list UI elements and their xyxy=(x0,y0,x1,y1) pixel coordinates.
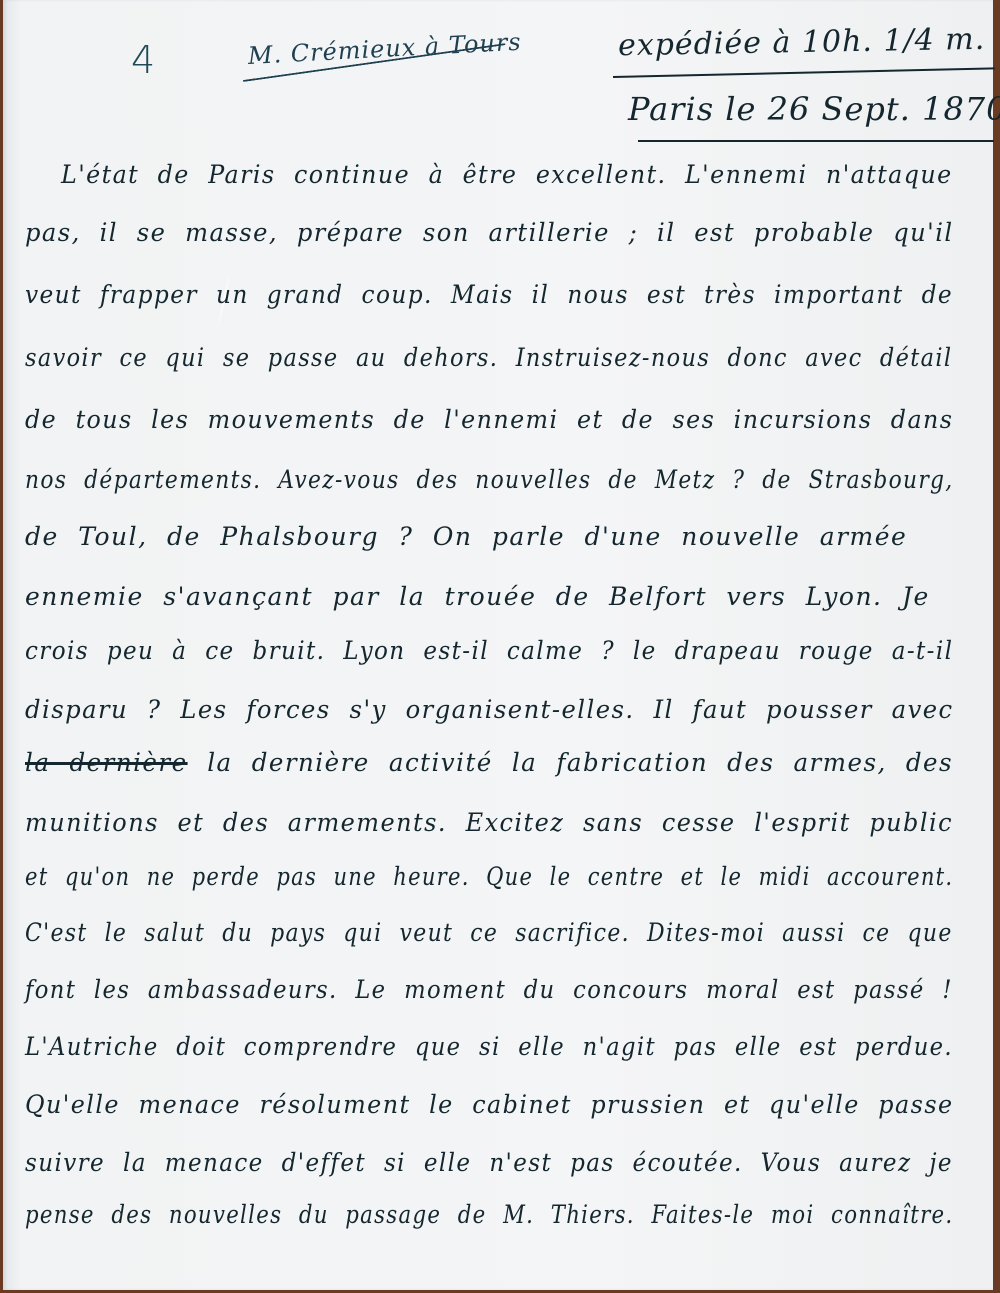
body-line-text: la dernière activité la fabrication des … xyxy=(207,748,953,777)
body-line: L'état de Paris continue à être excellen… xyxy=(61,160,953,189)
body-line: pense des nouvelles du passage de M. Thi… xyxy=(25,1200,953,1229)
letter-body: L'état de Paris continue à être excellen… xyxy=(3,0,1000,1293)
body-line: font les ambassadeurs. Le moment du conc… xyxy=(25,975,953,1004)
body-line: suivre la menace d'effet si elle n'est p… xyxy=(25,1148,953,1177)
body-line: Qu'elle menace résolument le cabinet pru… xyxy=(25,1090,954,1119)
body-line: pas, il se masse, prépare son artillerie… xyxy=(25,218,954,247)
body-line: savoir ce qui se passe au dehors. Instru… xyxy=(25,343,952,372)
body-line: C'est le salut du pays qui veut ce sacri… xyxy=(25,918,953,947)
body-line: nos départements. Avez-vous des nouvelle… xyxy=(25,465,954,494)
body-line: crois peu à ce bruit. Lyon est-il calme … xyxy=(25,636,953,665)
body-line: L'Autriche doit comprendre que si elle n… xyxy=(25,1032,953,1061)
body-line: ennemie s'avançant par la trouée de Belf… xyxy=(25,582,930,611)
body-line-with-correction: la dernièrela dernière activité la fabri… xyxy=(25,748,953,777)
body-line: veut frapper un grand coup. Mais il nous… xyxy=(25,280,953,309)
struck-out-word: la dernière xyxy=(25,748,188,777)
letter-paper: 4 M. Crémieux à Tours expédiée à 10h. 1/… xyxy=(3,0,993,1290)
body-line: de tous les mouvements de l'ennemi et de… xyxy=(25,405,953,434)
body-line: munitions et des armements. Excitez sans… xyxy=(25,808,953,837)
body-line: de Toul, de Phalsbourg ? On parle d'une … xyxy=(25,522,907,551)
body-line: et qu'on ne perde pas une heure. Que le … xyxy=(25,862,953,891)
body-line: disparu ? Les forces s'y organisent-elle… xyxy=(25,695,954,724)
